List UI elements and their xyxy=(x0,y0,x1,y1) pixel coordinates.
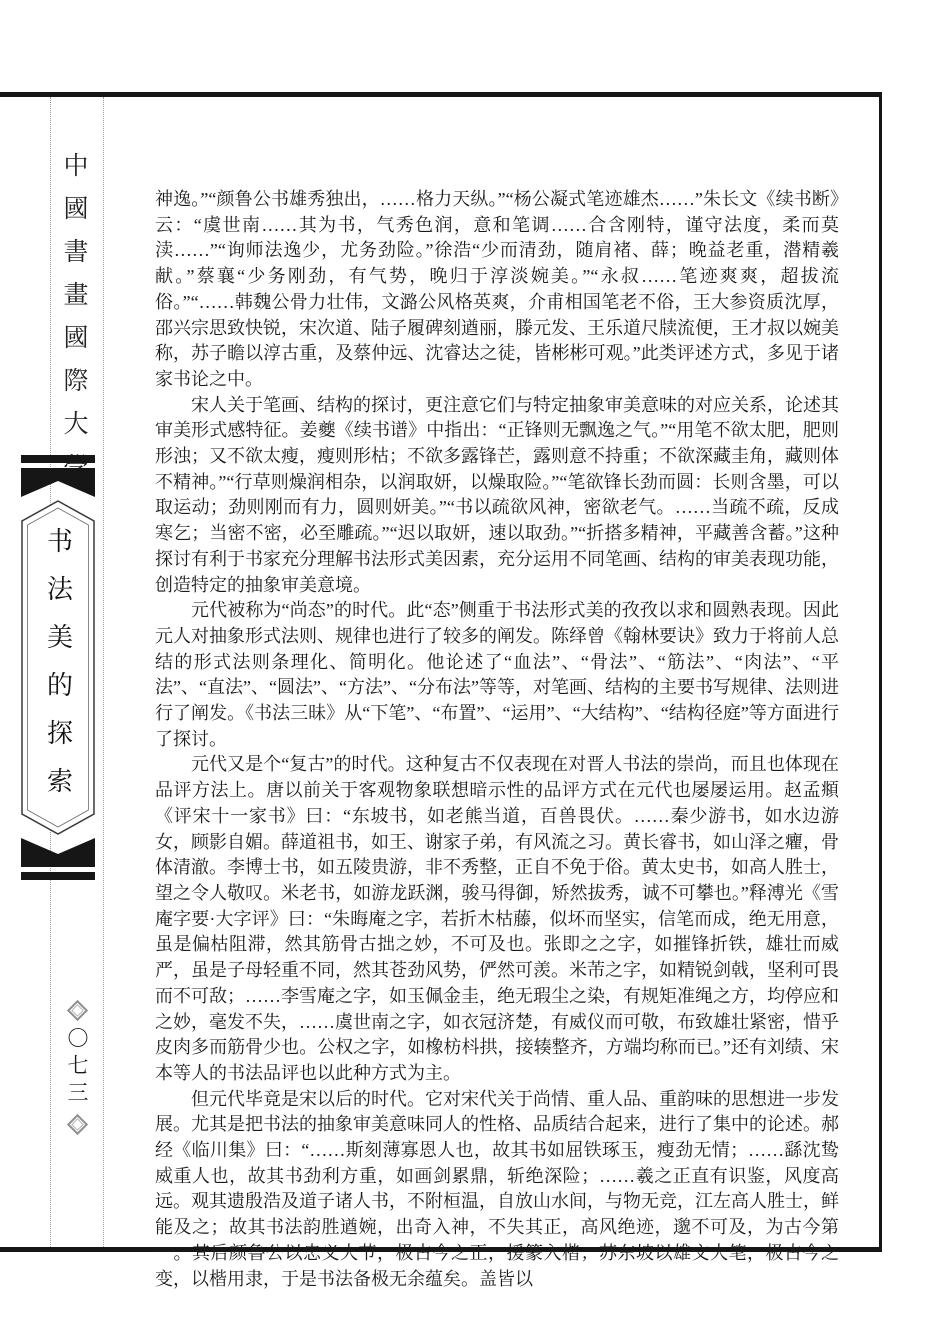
diamond-ornament-icon xyxy=(66,1000,87,1021)
diamond-ornament-icon xyxy=(66,1114,87,1135)
page-number-block: 〇七三 xyxy=(50,996,104,1139)
emblem-bottom-ribbon-icon xyxy=(21,838,95,867)
paragraph: 但元代毕竟是宋以后的时代。它对宋代关于尚情、重人品、重韵味的思想进一步发展。尤其… xyxy=(155,1087,839,1293)
page-number: 〇七三 xyxy=(62,1027,92,1108)
paragraph: 元代被称为“尚态”的时代。此“态”侧重于书法形式美的孜孜以求和圆熟表现。因此元人… xyxy=(155,598,839,752)
paragraph: 元代又是个“复古”的时代。这种复古不仅表现在对晋人书法的崇尚，而且也体现在品评方… xyxy=(155,752,839,1086)
emblem-top-bar xyxy=(21,455,95,463)
emblem-bottom-bar xyxy=(21,872,95,880)
top-rule xyxy=(0,92,882,97)
paragraph: 宋人关于笔画、结构的探讨，更注意它们与特定抽象审美意味的对应关系，论述其审美形式… xyxy=(155,393,839,599)
body-text: 神逸。”“颜鲁公书雄秀独出，……格力天纵。”“杨公凝式笔迹雄杰……”朱长文《续书… xyxy=(155,187,839,1292)
series-emblem: 书法美的探索 xyxy=(21,455,95,880)
emblem-top-ribbon-icon xyxy=(21,468,95,497)
paragraph: 神逸。”“颜鲁公书雄秀独出，……格力天纵。”“杨公凝式笔迹雄杰……”朱长文《续书… xyxy=(155,187,839,393)
book-title: 书法美的探索 xyxy=(40,527,77,815)
book-page: 中國書畫國際大學 书法美的探索 〇七三 神逸。”“颜鲁公书雄秀独出，……格力天纵… xyxy=(0,0,950,1344)
right-rule xyxy=(879,92,882,1252)
university-name: 中國書畫國際大學 xyxy=(64,152,91,496)
